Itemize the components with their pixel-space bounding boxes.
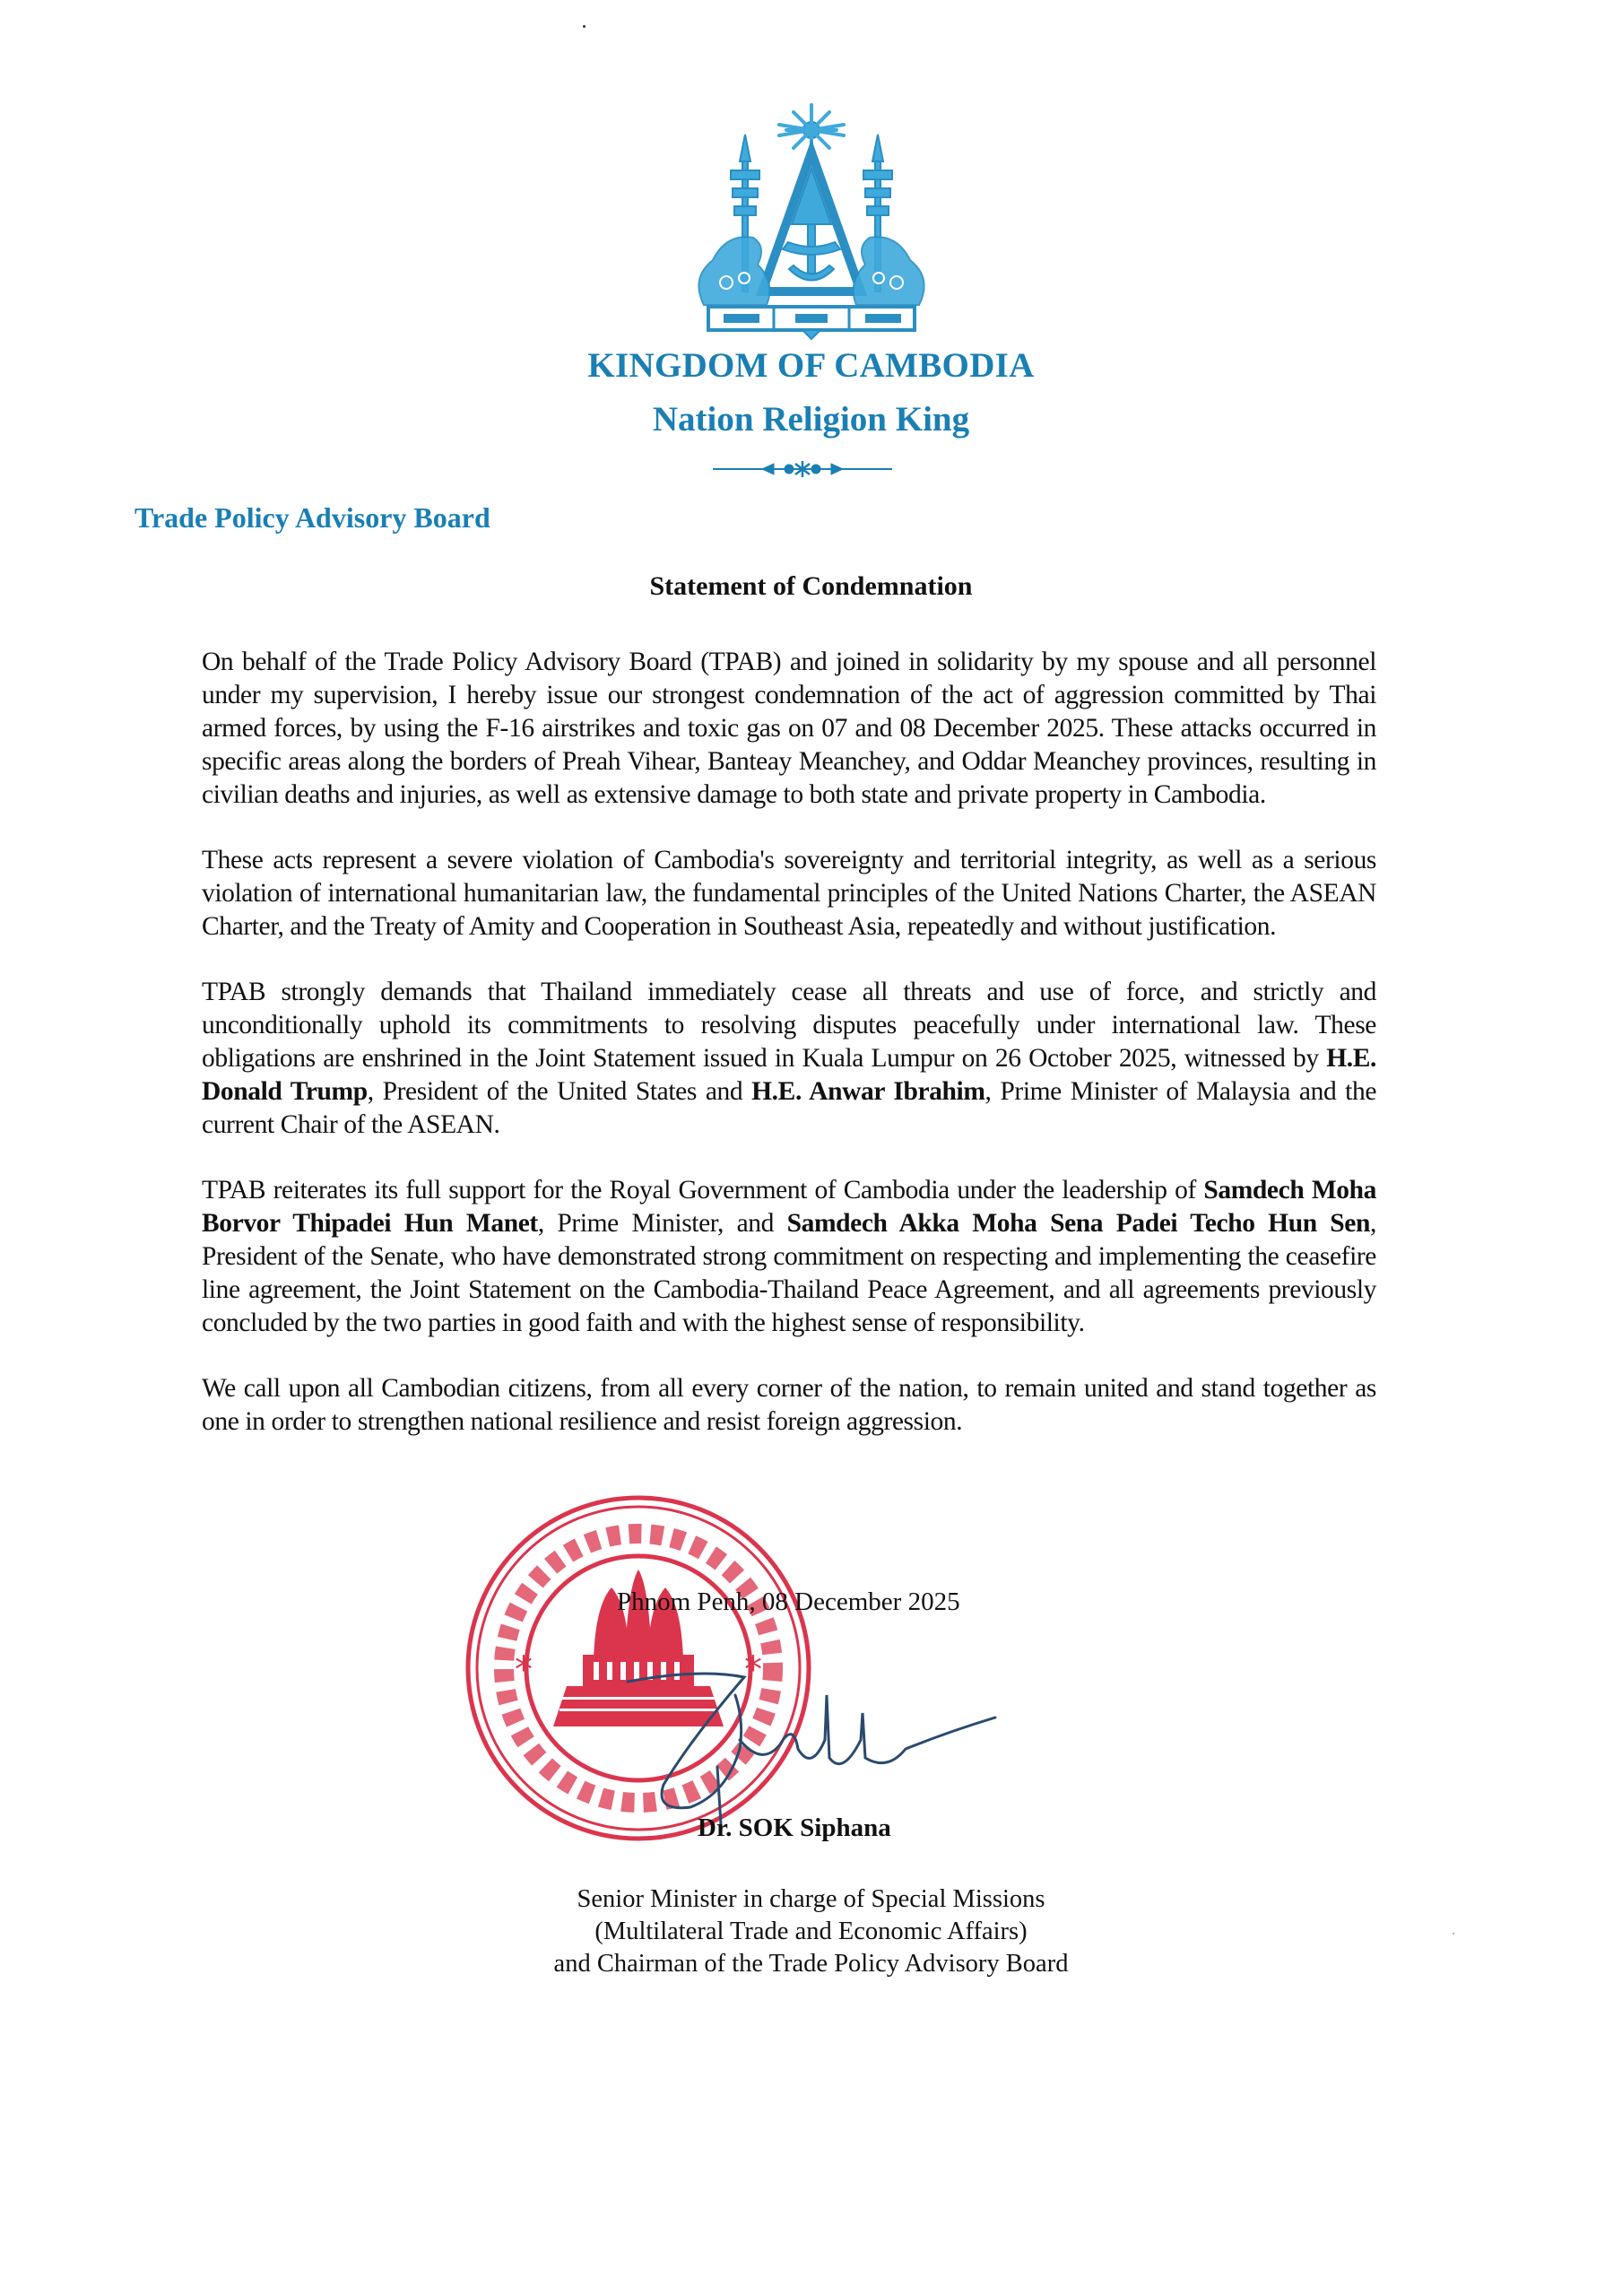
document-body: On behalf of the Trade Policy Advisory B… xyxy=(202,646,1376,1471)
body-paragraph: TPAB reiterates its full support for the… xyxy=(202,1174,1376,1340)
place-and-date: Phnom Penh, 08 December 2025 xyxy=(617,1587,960,1617)
decorative-divider-icon xyxy=(713,460,892,478)
body-paragraph: We call upon all Cambodian citizens, fro… xyxy=(202,1372,1376,1439)
paragraph-text: , President of the United States and xyxy=(368,1077,751,1106)
signer-title: Senior Minister in charge of Special Mis… xyxy=(0,1883,1622,1980)
country-name: KINGDOM OF CAMBODIA xyxy=(0,345,1622,386)
paragraph-text: , Prime Minister, and xyxy=(538,1209,787,1238)
paragraph-text: TPAB reiterates its full support for the… xyxy=(202,1176,1203,1205)
paragraph-text: On behalf of the Trade Policy Advisory B… xyxy=(202,648,1376,809)
paragraph-text: TPAB strongly demands that Thailand imme… xyxy=(202,978,1376,1073)
bold-name: Samdech Akka Moha Sena Padei Techo Hun S… xyxy=(787,1209,1370,1238)
signer-name: Dr. SOK Siphana xyxy=(698,1813,891,1843)
scan-speck xyxy=(583,25,585,28)
paragraph-text: These acts represent a severe violation … xyxy=(202,846,1376,941)
signature-icon xyxy=(592,1632,1022,1830)
signer-title-line: Senior Minister in charge of Special Mis… xyxy=(0,1883,1622,1916)
body-paragraph: On behalf of the Trade Policy Advisory B… xyxy=(202,646,1376,812)
national-motto: Nation Religion King xyxy=(0,399,1622,439)
signer-title-line: (Multilateral Trade and Economic Affairs… xyxy=(0,1916,1622,1948)
body-paragraph: These acts represent a severe violation … xyxy=(202,844,1376,944)
organization-name: Trade Policy Advisory Board xyxy=(134,501,490,535)
document-title: Statement of Condemnation xyxy=(0,571,1622,602)
bold-name: H.E. Anwar Ibrahim xyxy=(751,1077,984,1106)
svg-text:*: * xyxy=(515,1649,533,1691)
signer-title-line: and Chairman of the Trade Policy Advisor… xyxy=(0,1948,1622,1980)
body-paragraph: TPAB strongly demands that Thailand imme… xyxy=(202,976,1376,1142)
royal-coat-of-arms-icon xyxy=(677,99,946,341)
paragraph-text: We call upon all Cambodian citizens, fro… xyxy=(202,1374,1376,1436)
